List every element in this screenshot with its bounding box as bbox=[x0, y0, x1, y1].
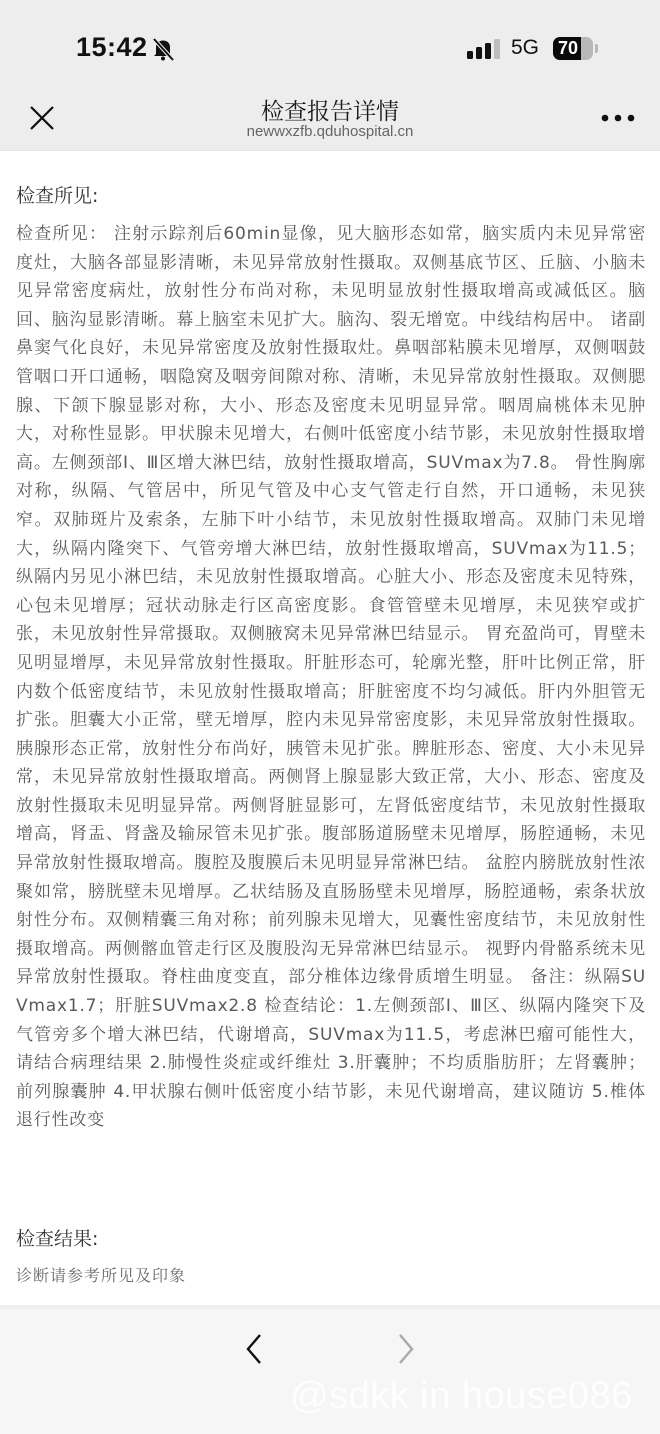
status-bar: 15:42 5G 70 bbox=[0, 0, 660, 90]
network-type: 5G bbox=[511, 36, 539, 60]
bell-slash-icon bbox=[150, 36, 176, 62]
battery-percent: 70 bbox=[553, 37, 583, 60]
chevron-right-icon[interactable] bbox=[388, 1329, 422, 1369]
findings-title: 检查所见: bbox=[16, 180, 646, 212]
battery-tip bbox=[595, 44, 598, 53]
more-options-icon[interactable] bbox=[600, 110, 636, 126]
battery-icon: 70 bbox=[553, 37, 593, 60]
cellular-signal-icon bbox=[467, 39, 501, 59]
bottom-nav-bar: @sdkk in house086 bbox=[0, 1305, 660, 1434]
status-time: 15:42 bbox=[76, 32, 148, 63]
watermark: @sdkk in house086 bbox=[290, 1375, 633, 1418]
findings-body: 检查所见： 注射示踪剂后60min显像，见大脑形态如常，脑实质内未见异常密度灶，… bbox=[16, 220, 646, 1135]
result-title: 检查结果: bbox=[16, 1223, 98, 1255]
chevron-left-icon[interactable] bbox=[238, 1329, 272, 1369]
page-domain: newwxzfb.qduhospital.cn bbox=[0, 123, 660, 140]
result-body: 诊断请参考所见及印象 bbox=[16, 1263, 186, 1286]
top-chrome: 15:42 5G 70 检查报告详情 newwxzfb.qduhospital.… bbox=[0, 0, 660, 151]
report-content: 检查所见: 检查所见： 注射示踪剂后60min显像，见大脑形态如常，脑实质内未见… bbox=[16, 180, 646, 1135]
page-title: 检查报告详情 bbox=[0, 93, 660, 126]
nav-header: 检查报告详情 newwxzfb.qduhospital.cn bbox=[0, 90, 660, 151]
